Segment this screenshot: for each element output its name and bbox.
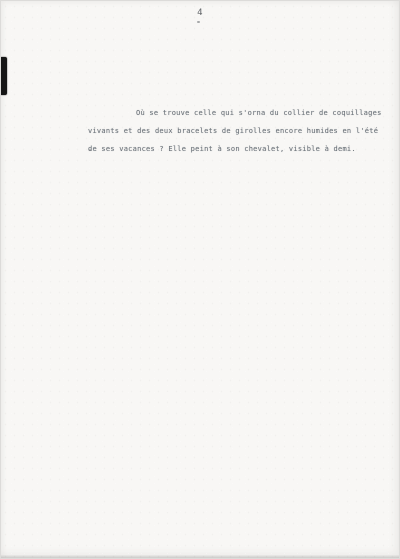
page-number-underline-mark — [197, 21, 200, 23]
paragraph-line-1: Où se trouve celle qui s'orna du collier… — [88, 104, 388, 122]
paragraph-line-2: vivants et des deux bracelets de girolle… — [88, 122, 388, 140]
scan-speck — [89, 149, 91, 151]
scanned-document-page: 4 Où se trouve celle qui s'orna du colli… — [0, 0, 400, 559]
paragraph-line-3: de ses vacances ? Elle peint à son cheva… — [88, 140, 388, 158]
scan-artifact-left-edge-mark — [1, 57, 7, 95]
page-number: 4 — [1, 8, 399, 18]
typed-paragraph: Où se trouve celle qui s'orna du collier… — [88, 104, 388, 158]
